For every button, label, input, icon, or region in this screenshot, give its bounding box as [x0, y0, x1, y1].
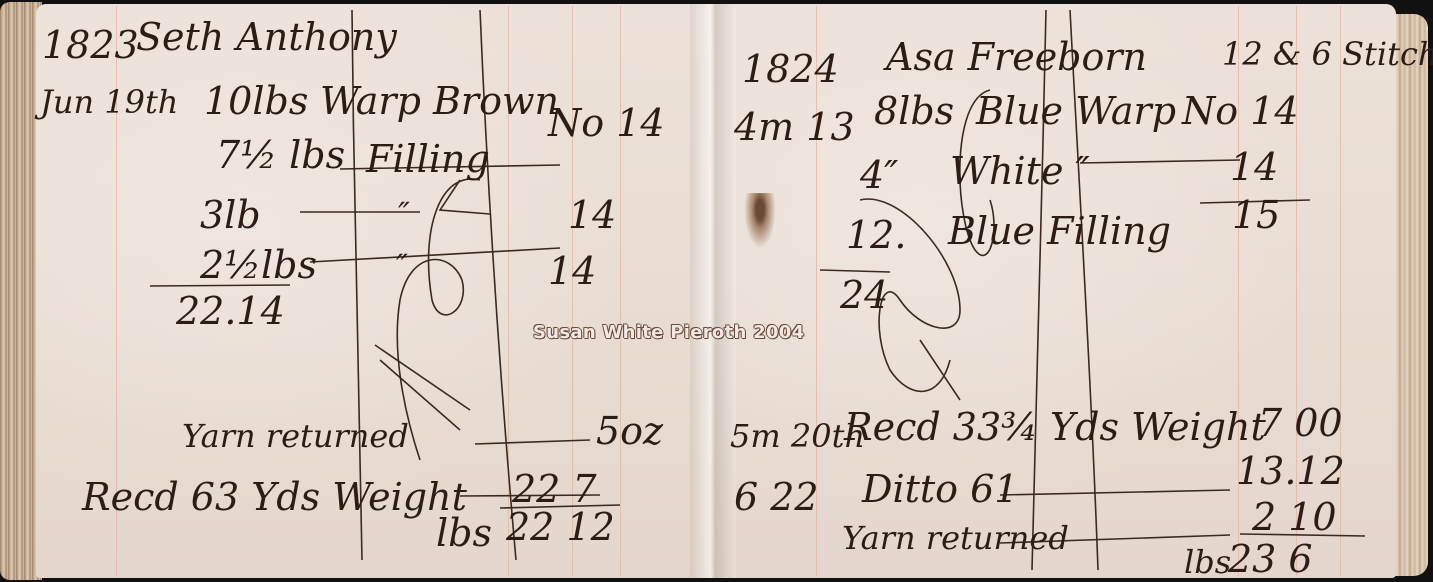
copyright-watermark: Susan White Pieroth 2004: [533, 322, 804, 343]
right-entry-qty: 12.: [846, 216, 906, 254]
left-entry-number: No 14: [548, 104, 665, 142]
left-entry-qty: 10lbs: [204, 82, 308, 120]
left-entry-item: ″: [398, 198, 410, 230]
left-lbs-total: 22 12: [506, 508, 615, 546]
left-lbs-label: lbs: [436, 514, 492, 552]
right-date: 4m 13: [734, 108, 855, 146]
left-entry-number: 14: [568, 196, 616, 234]
left-yarn-returned-label: Yarn returned: [182, 420, 409, 452]
left-year: 1823: [42, 26, 139, 64]
right-line2-date: 6 22: [734, 478, 819, 516]
right-entry-number: No 14: [1182, 92, 1299, 130]
right-year: 1824: [742, 50, 839, 88]
right-line2-label: Ditto 61: [862, 470, 1018, 508]
right-yarn-returned-value: 2 10: [1252, 498, 1337, 536]
right-customer-note: 12 & 6 Stitches: [1222, 38, 1433, 70]
right-entry-item: Blue Warp: [976, 92, 1176, 130]
left-received-label: Recd 63 Yds Weight: [82, 478, 467, 516]
right-line1-value: 7 00: [1258, 404, 1343, 442]
ledger-book: 1823 Seth Anthony Jun 19th 10lbs Warp Br…: [0, 0, 1433, 582]
right-entry-item: White ″: [950, 152, 1090, 190]
left-total: 22.14: [176, 292, 285, 330]
left-date: Jun 19th: [40, 86, 178, 118]
left-entry-qty: 3lb: [200, 196, 261, 234]
right-customer-name: Asa Freeborn: [886, 38, 1147, 76]
right-line1-label: Recd 33¾ Yds Weight: [844, 408, 1266, 446]
left-entry-item: Filling: [366, 140, 490, 178]
left-entry-qty: 7½ lbs: [216, 136, 345, 174]
right-total: 24: [840, 276, 888, 314]
left-entry-qty: 2½lbs: [200, 246, 317, 284]
right-lbs-total: 23 6: [1228, 540, 1313, 578]
left-yarn-returned-value: 5oz: [596, 412, 663, 450]
right-entry-number: 15: [1232, 196, 1280, 234]
left-entry-item: Warp Brown: [320, 82, 559, 120]
left-entry-number: 14: [548, 252, 596, 290]
right-line2-value: 13.12: [1236, 452, 1345, 490]
right-entry-qty: 8lbs: [874, 92, 954, 130]
right-entry-qty: 4″: [860, 156, 898, 194]
right-yarn-returned-label: Yarn returned: [842, 522, 1069, 554]
right-entry-number: 14: [1230, 148, 1278, 186]
right-lbs-label: lbs: [1184, 546, 1231, 578]
left-weight-value: 22 7: [512, 470, 597, 508]
left-entry-item: ″: [396, 250, 408, 282]
right-entry-item: Blue Filling: [948, 212, 1171, 250]
left-customer-name: Seth Anthony: [136, 18, 397, 56]
